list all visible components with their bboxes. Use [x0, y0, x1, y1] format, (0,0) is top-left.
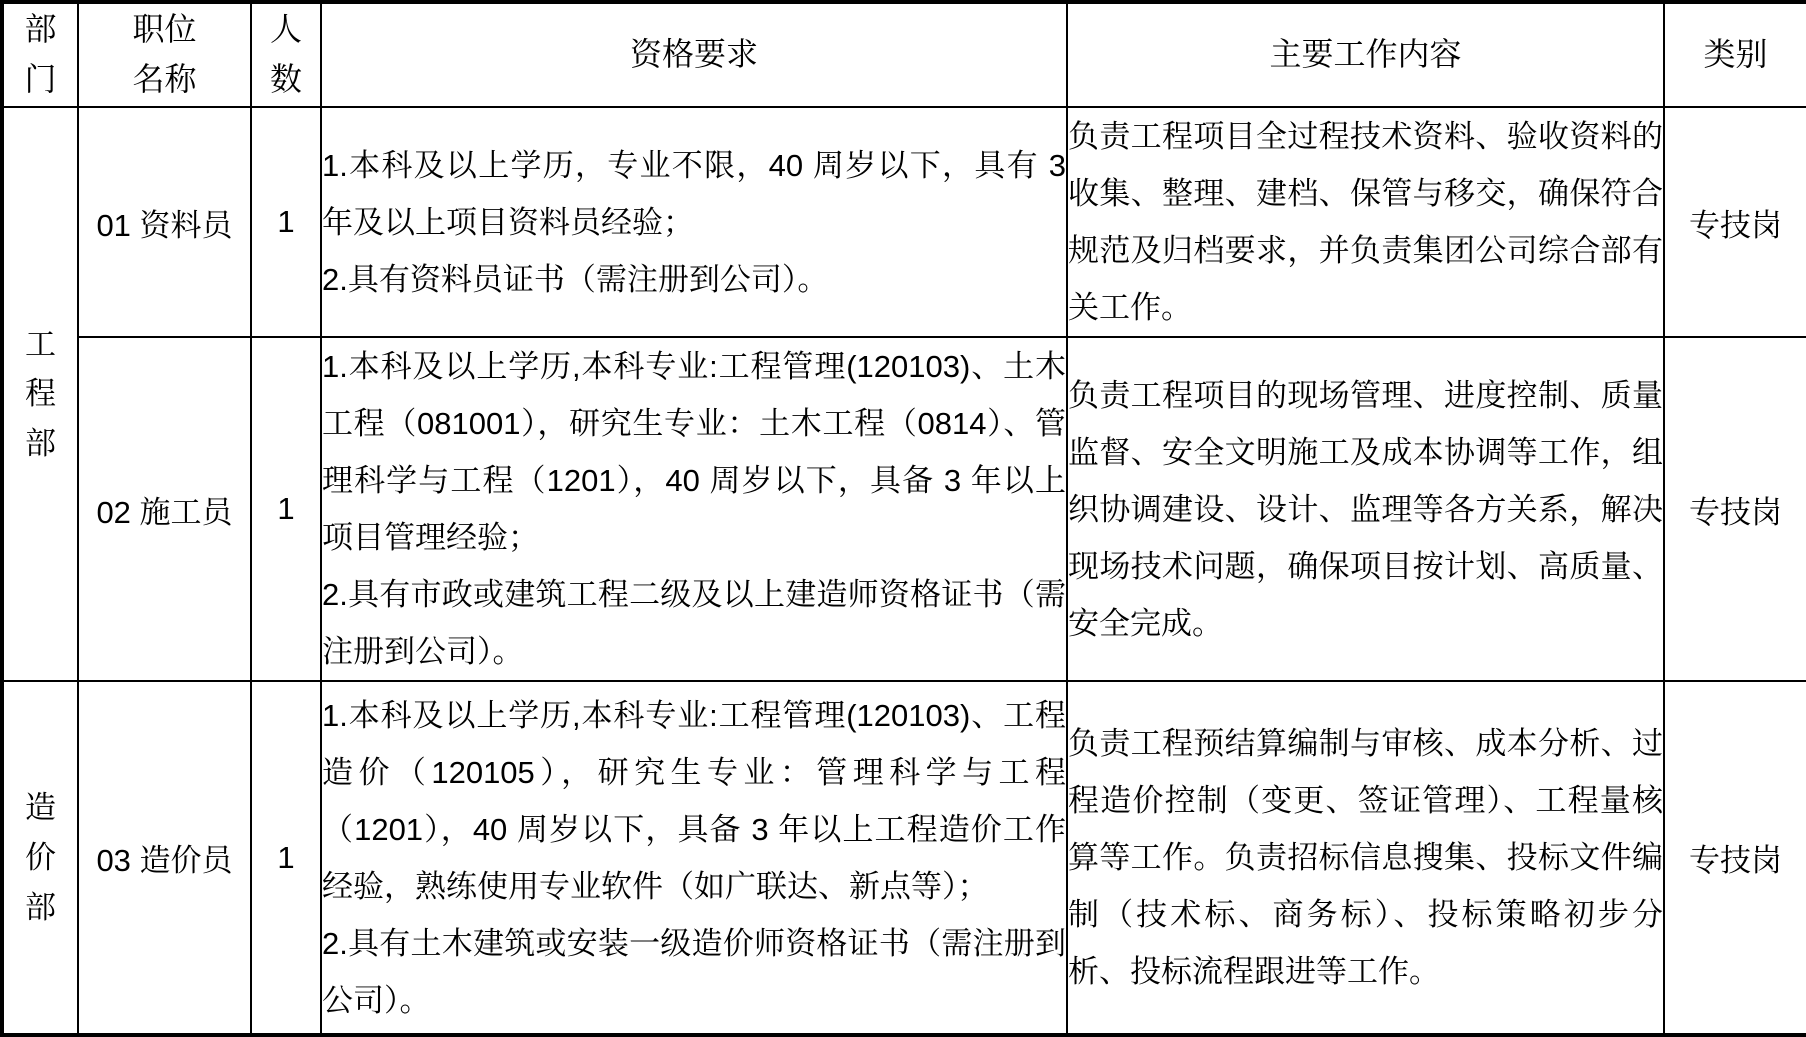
- duties-cell: 负责工程项目全过程技术资料、验收资料的收集、整理、建档、保管与移交，确保符合规范…: [1067, 107, 1664, 337]
- position-label: 02 施工员: [96, 495, 232, 530]
- department-cell-cost: 造价部: [2, 681, 78, 1035]
- header-cell-count: 人数: [251, 2, 321, 107]
- qualifications-cell: 1.本科及以上学历,本科专业:工程管理(120103)、土木工程（081001）…: [321, 337, 1067, 681]
- duties-cell: 负责工程预结算编制与审核、成本分析、过程造价控制（变更、签证管理）、工程量核算等…: [1067, 681, 1664, 1035]
- qualifications-cell: 1.本科及以上学历,本科专业:工程管理(120103)、工程造价（120105）…: [321, 681, 1067, 1035]
- count-value: 1: [277, 840, 294, 875]
- category-cell: 专技岗: [1664, 681, 1806, 1035]
- position-label: 03 造价员: [96, 843, 232, 878]
- duties-text: 负责工程项目全过程技术资料、验收资料的收集、整理、建档、保管与移交，确保符合规范…: [1068, 108, 1663, 336]
- qualification-item: 2.具有土木建筑或安装一级造价师资格证书（需注册到公司）。: [322, 915, 1066, 1029]
- header-label-category: 类别: [1665, 30, 1806, 80]
- category-label: 专技岗: [1689, 495, 1782, 530]
- header-label-count: 人数: [268, 5, 305, 104]
- document-page: 部门 职位名称 人数 资格要求 主要工作内容 类别 工程部 01 资料: [0, 0, 1806, 972]
- recruitment-table: 部门 职位名称 人数 资格要求 主要工作内容 类别 工程部 01 资料: [0, 0, 1806, 1037]
- table-row: 造价部 03 造价员 1 1.本科及以上学历,本科专业:工程管理(120103)…: [2, 681, 1806, 1035]
- header-cell-department: 部门: [2, 2, 78, 107]
- department-cell-engineering: 工程部: [2, 107, 78, 681]
- category-cell: 专技岗: [1664, 337, 1806, 681]
- table-row: 工程部 01 资料员 1 1.本科及以上学历，专业不限，40 周岁以下，具有 3…: [2, 107, 1806, 337]
- count-cell: 1: [251, 681, 321, 1035]
- count-value: 1: [277, 491, 294, 526]
- header-label-duties: 主要工作内容: [1068, 30, 1663, 80]
- category-cell: 专技岗: [1664, 107, 1806, 337]
- duties-text: 负责工程预结算编制与审核、成本分析、过程造价控制（变更、签证管理）、工程量核算等…: [1068, 715, 1663, 1000]
- header-label-qualifications: 资格要求: [322, 30, 1066, 80]
- category-label: 专技岗: [1689, 843, 1782, 878]
- qualifications-cell: 1.本科及以上学历，专业不限，40 周岁以下，具有 3 年及以上项目资料员经验；…: [321, 107, 1067, 337]
- header-label-department: 部门: [22, 5, 59, 104]
- category-label: 专技岗: [1689, 208, 1782, 243]
- qualification-item: 1.本科及以上学历,本科专业:工程管理(120103)、工程造价（120105）…: [322, 687, 1066, 915]
- duties-text: 负责工程项目的现场管理、进度控制、质量监督、安全文明施工及成本协调等工作，组织协…: [1068, 367, 1663, 652]
- table-row: 02 施工员 1 1.本科及以上学历,本科专业:工程管理(120103)、土木工…: [2, 337, 1806, 681]
- department-label: 造价部: [23, 783, 59, 932]
- count-cell: 1: [251, 337, 321, 681]
- header-cell-position: 职位名称: [78, 2, 251, 107]
- duties-cell: 负责工程项目的现场管理、进度控制、质量监督、安全文明施工及成本协调等工作，组织协…: [1067, 337, 1664, 681]
- table-header-row: 部门 职位名称 人数 资格要求 主要工作内容 类别: [2, 2, 1806, 107]
- count-value: 1: [277, 204, 294, 239]
- qualification-item: 1.本科及以上学历,本科专业:工程管理(120103)、土木工程（081001）…: [322, 338, 1066, 566]
- qualification-item: 1.本科及以上学历，专业不限，40 周岁以下，具有 3 年及以上项目资料员经验；: [322, 137, 1066, 251]
- position-label: 01 资料员: [96, 208, 232, 243]
- department-label: 工程部: [23, 320, 59, 469]
- count-cell: 1: [251, 107, 321, 337]
- header-label-position: 职位名称: [127, 5, 202, 104]
- position-cell: 01 资料员: [78, 107, 251, 337]
- header-cell-duties: 主要工作内容: [1067, 2, 1664, 107]
- header-cell-qualifications: 资格要求: [321, 2, 1067, 107]
- position-cell: 02 施工员: [78, 337, 251, 681]
- qualification-item: 2.具有市政或建筑工程二级及以上建造师资格证书（需注册到公司）。: [322, 566, 1066, 680]
- position-cell: 03 造价员: [78, 681, 251, 1035]
- qualification-item: 2.具有资料员证书（需注册到公司）。: [322, 251, 1066, 308]
- header-cell-category: 类别: [1664, 2, 1806, 107]
